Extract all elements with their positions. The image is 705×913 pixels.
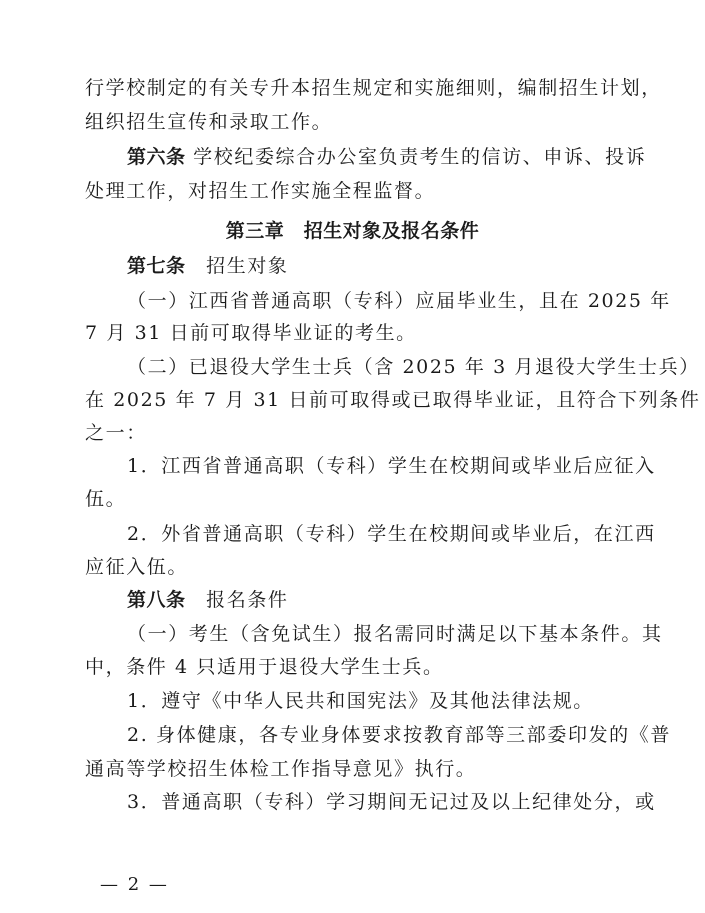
text-line: 中，条件 4 只适用于退役大学生士兵。 [85, 655, 615, 679]
text-line: 之一： [85, 421, 615, 445]
line-text: 2．外省普通高职（专科）学生在校期间或毕业后，在江西 [127, 523, 656, 545]
text-line: 1．遵守《中华人民共和国宪法》及其他法律法规。 [127, 689, 615, 713]
article-heading: 第七条 [127, 255, 186, 277]
text-line: 处理工作，对招生工作实施全程监督。 [85, 179, 615, 203]
line-text: 伍。 [85, 488, 126, 510]
text-line: 第八条 报名条件 [127, 588, 615, 612]
line-text: （一）江西省普通高职（专科）应届毕业生，且在 2025 年 [127, 290, 671, 312]
text-line: （一）考生（含免试生）报名需同时满足以下基本条件。其 [127, 622, 615, 646]
article-heading: 第八条 [127, 589, 186, 611]
text-line: 行学校制定的有关专升本招生规定和实施细则，编制招生计划， [85, 76, 615, 100]
text-line: （二）已退役大学生士兵（含 2025 年 3 月退役大学生士兵） [127, 355, 615, 379]
line-text: 7 月 31 日前可取得毕业证的考生。 [85, 322, 417, 344]
line-text: 1．遵守《中华人民共和国宪法》及其他法律法规。 [127, 690, 594, 712]
line-text: 1．江西省普通高职（专科）学生在校期间或毕业后应征入 [127, 455, 656, 477]
page-number: — 2 — [100, 873, 169, 897]
text-line: 通高等学校招生体检工作指导意见》执行。 [85, 757, 615, 781]
line-text: 处理工作，对招生工作实施全程监督。 [85, 180, 435, 202]
line-text: 通高等学校招生体检工作指导意见》执行。 [85, 758, 476, 780]
line-text: 报名条件 [186, 589, 289, 611]
line-text: 3．普通高职（专科）学习期间无记过及以上纪律处分，或 [127, 791, 656, 813]
line-text: 在 2025 年 7 月 31 日前可取得或已取得毕业证，且符合下列条件 [85, 389, 700, 411]
line-text: 招生对象 [186, 255, 289, 277]
text-line: 在 2025 年 7 月 31 日前可取得或已取得毕业证，且符合下列条件 [85, 388, 615, 412]
text-line: 应征入伍。 [85, 555, 615, 579]
chapter-title: 第三章 招生对象及报名条件 [0, 219, 705, 243]
article-heading: 第六条 [127, 146, 186, 168]
line-text: 行学校制定的有关专升本招生规定和实施细则，编制招生计划， [85, 77, 662, 99]
line-text: 应征入伍。 [85, 556, 188, 578]
text-line: 7 月 31 日前可取得毕业证的考生。 [85, 321, 615, 345]
text-line: 伍。 [85, 487, 615, 511]
text-line: 第六条 学校纪委综合办公室负责考生的信访、申诉、投诉 [127, 145, 615, 169]
text-line: 第七条 招生对象 [127, 254, 615, 278]
line-text: 组织招生宣传和录取工作。 [85, 111, 332, 133]
text-line: 2. 身体健康，各专业身体要求按教育部等三部委印发的《普 [127, 723, 615, 747]
line-text: 2. 身体健康，各专业身体要求按教育部等三部委印发的《普 [127, 724, 671, 746]
line-text: （二）已退役大学生士兵（含 2025 年 3 月退役大学生士兵） [127, 356, 700, 378]
line-text: 中，条件 4 只适用于退役大学生士兵。 [85, 656, 444, 678]
text-line: 3．普通高职（专科）学习期间无记过及以上纪律处分，或 [127, 790, 615, 814]
text-line: 2．外省普通高职（专科）学生在校期间或毕业后，在江西 [127, 522, 615, 546]
line-text: （一）考生（含免试生）报名需同时满足以下基本条件。其 [127, 623, 663, 645]
line-text: 学校纪委综合办公室负责考生的信访、申诉、投诉 [186, 146, 647, 168]
text-line: 1．江西省普通高职（专科）学生在校期间或毕业后应征入 [127, 454, 615, 478]
text-line: 组织招生宣传和录取工作。 [85, 110, 615, 134]
text-line: （一）江西省普通高职（专科）应届毕业生，且在 2025 年 [127, 289, 615, 313]
line-text: 之一： [85, 422, 147, 444]
